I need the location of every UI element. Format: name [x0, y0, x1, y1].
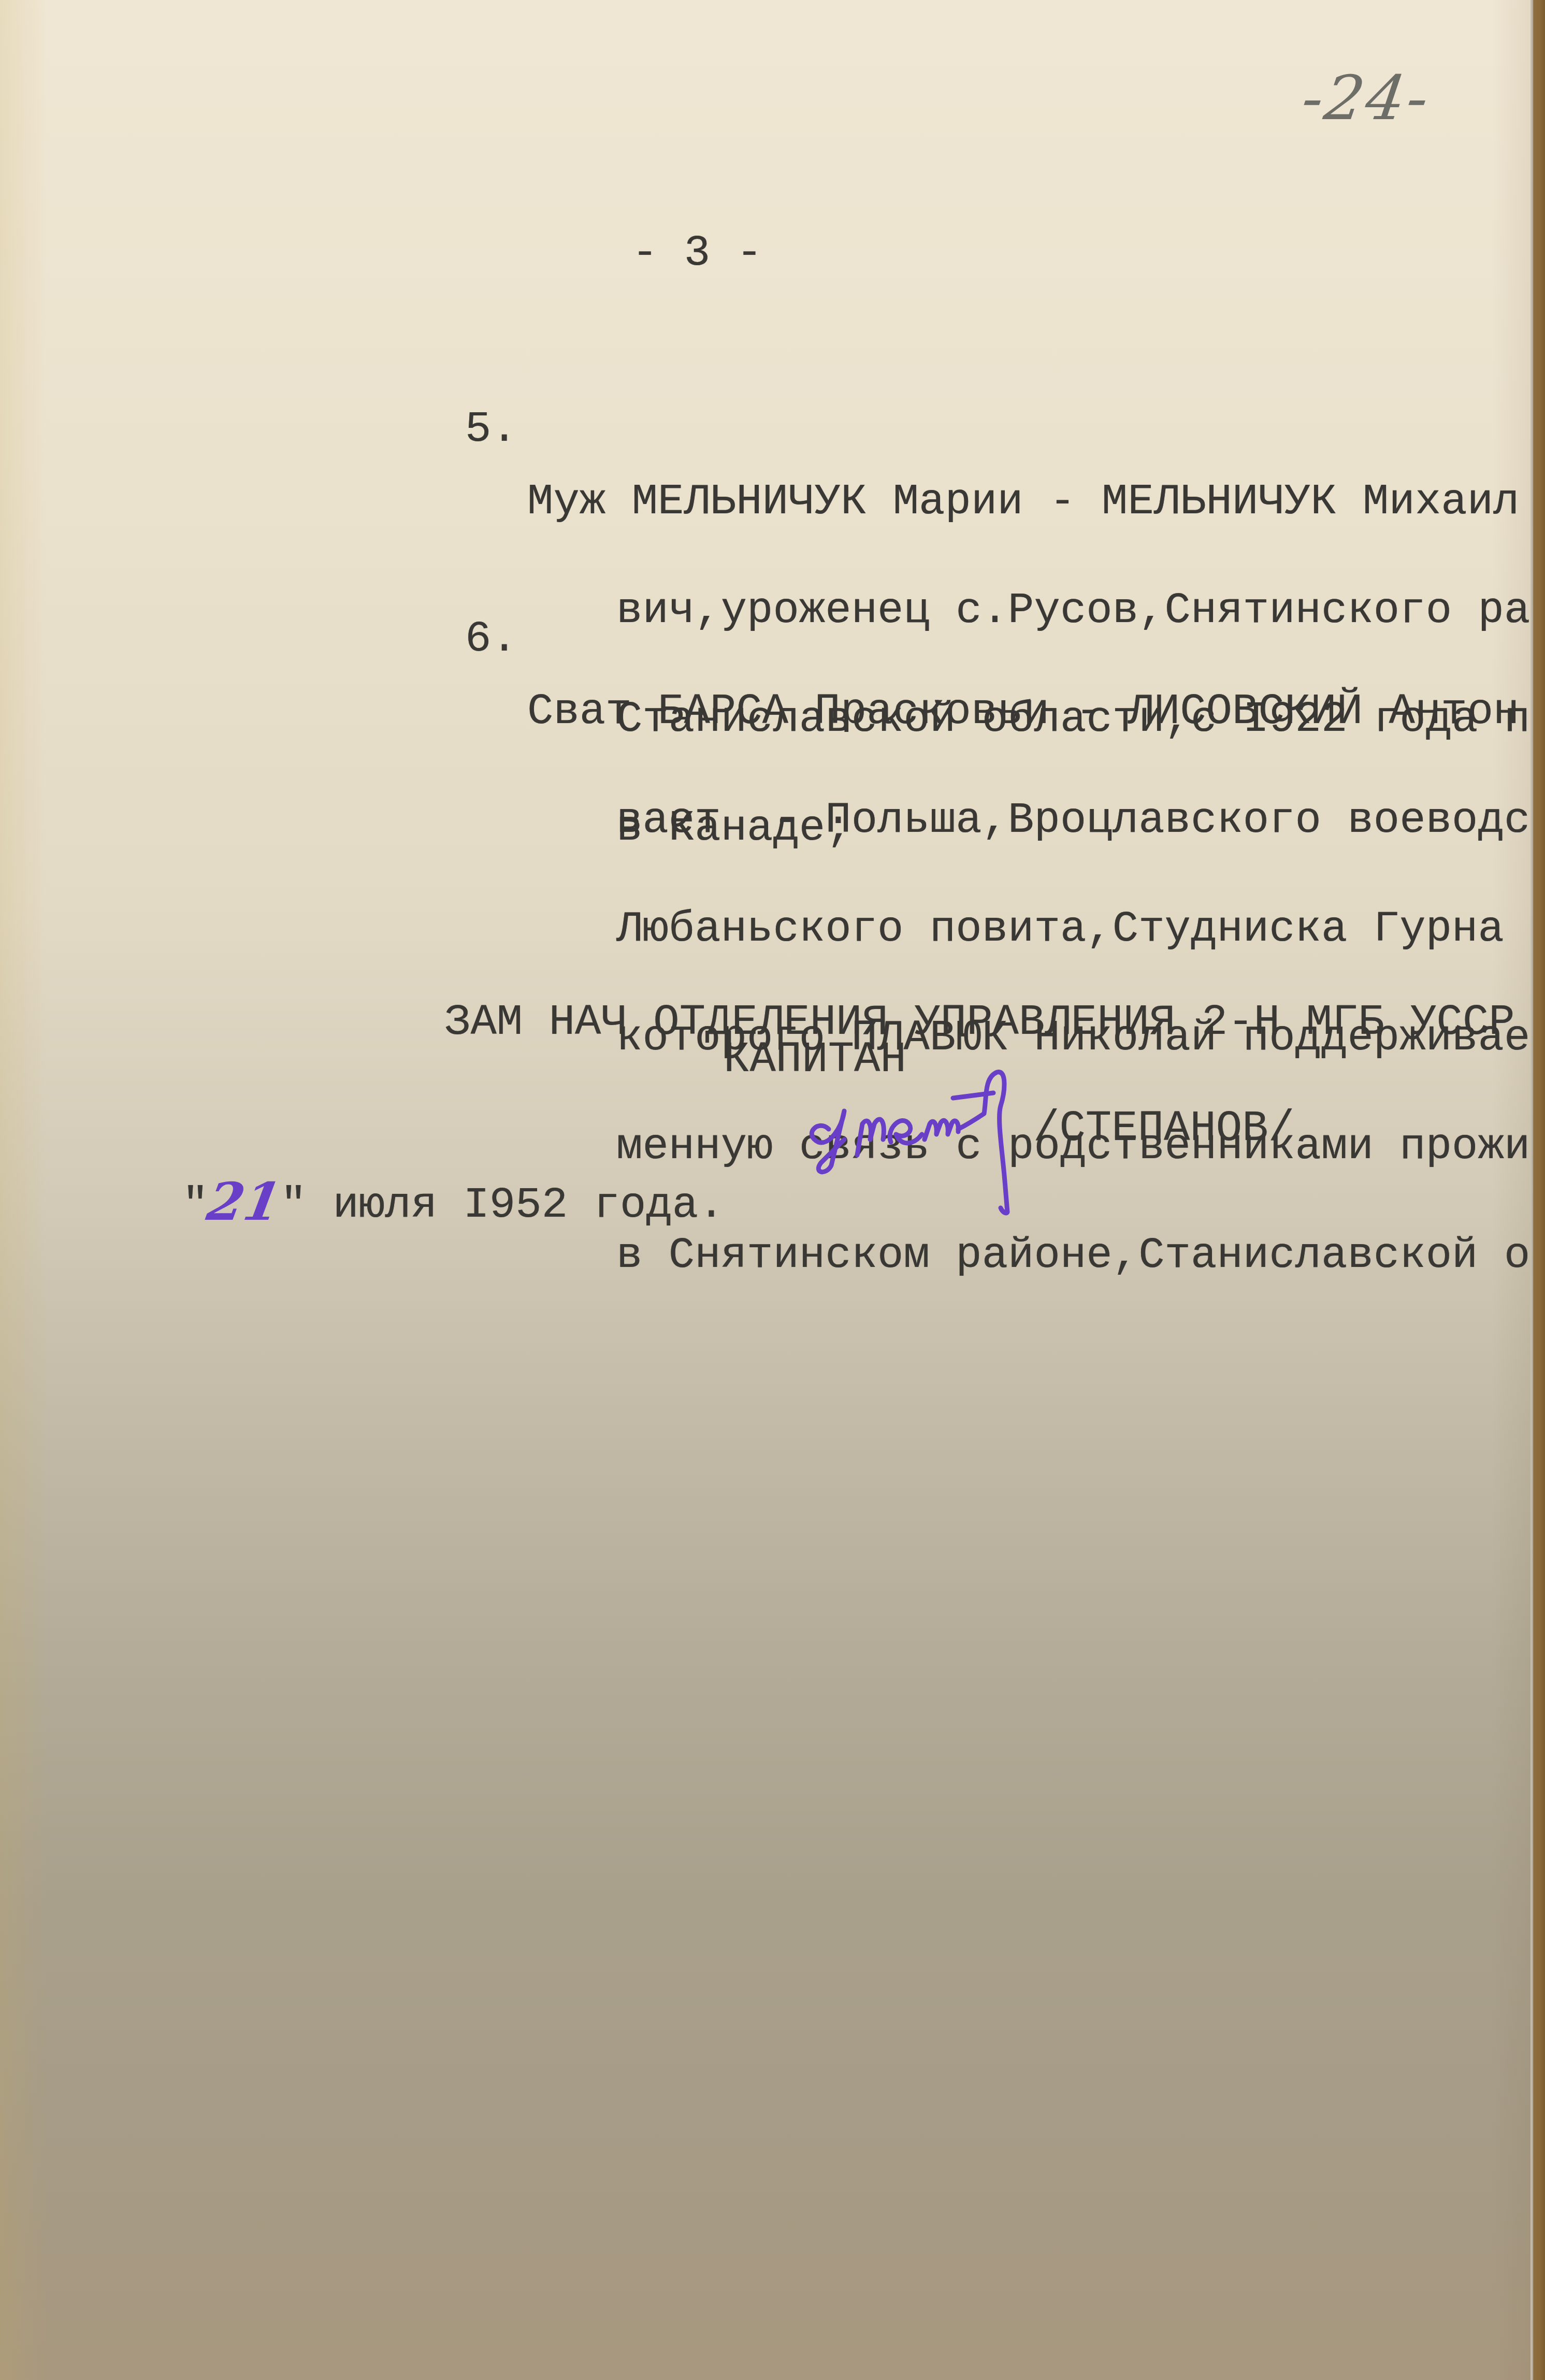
item-number: 5.: [465, 412, 517, 448]
item-line: Любаньского повита,Студниска Гурна 7I,че…: [527, 912, 1532, 948]
signatory-name: /СТЕПАНОВ/: [1033, 1111, 1294, 1147]
item-line: в Снятинском районе,Станиславской област…: [527, 1238, 1532, 1274]
item-number: 6.: [465, 622, 517, 658]
archive-folio-number: -24-: [1297, 62, 1435, 134]
handwritten-signature-icon: [798, 1057, 1046, 1222]
item-line: Сват БАРСА Прасковьи - ЛИСОВСКИЙ Антон п…: [527, 694, 1532, 730]
date-close-quote: ": [281, 1181, 307, 1230]
signatory-position: ЗАМ НАЧ ОТДЕЛЕНИЯ УПРАВЛЕНИЯ 2-Н МГБ УСС…: [444, 1005, 1515, 1041]
item-line: Муж МЕЛЬНИЧУК Марии - МЕЛЬНИЧУК Михаил В…: [527, 484, 1532, 521]
item-text: Сват БАРСА Прасковьи - ЛИСОВСКИЙ Антон п…: [527, 622, 1532, 1347]
page-number: - 3 -: [632, 236, 762, 272]
date-rest: июля I952 года.: [307, 1181, 725, 1230]
document-date: "21" июля I952 года.: [182, 1184, 725, 1224]
document-page: -24- - 3 - 5. Муж МЕЛЬНИЧУК Марии - МЕЛЬ…: [0, 0, 1530, 2380]
item-line: вает - Польша,Вроцлавского воеводства,: [527, 803, 1532, 839]
binding-edge: [1530, 0, 1545, 2380]
date-day-handwritten: 21: [205, 1184, 284, 1220]
